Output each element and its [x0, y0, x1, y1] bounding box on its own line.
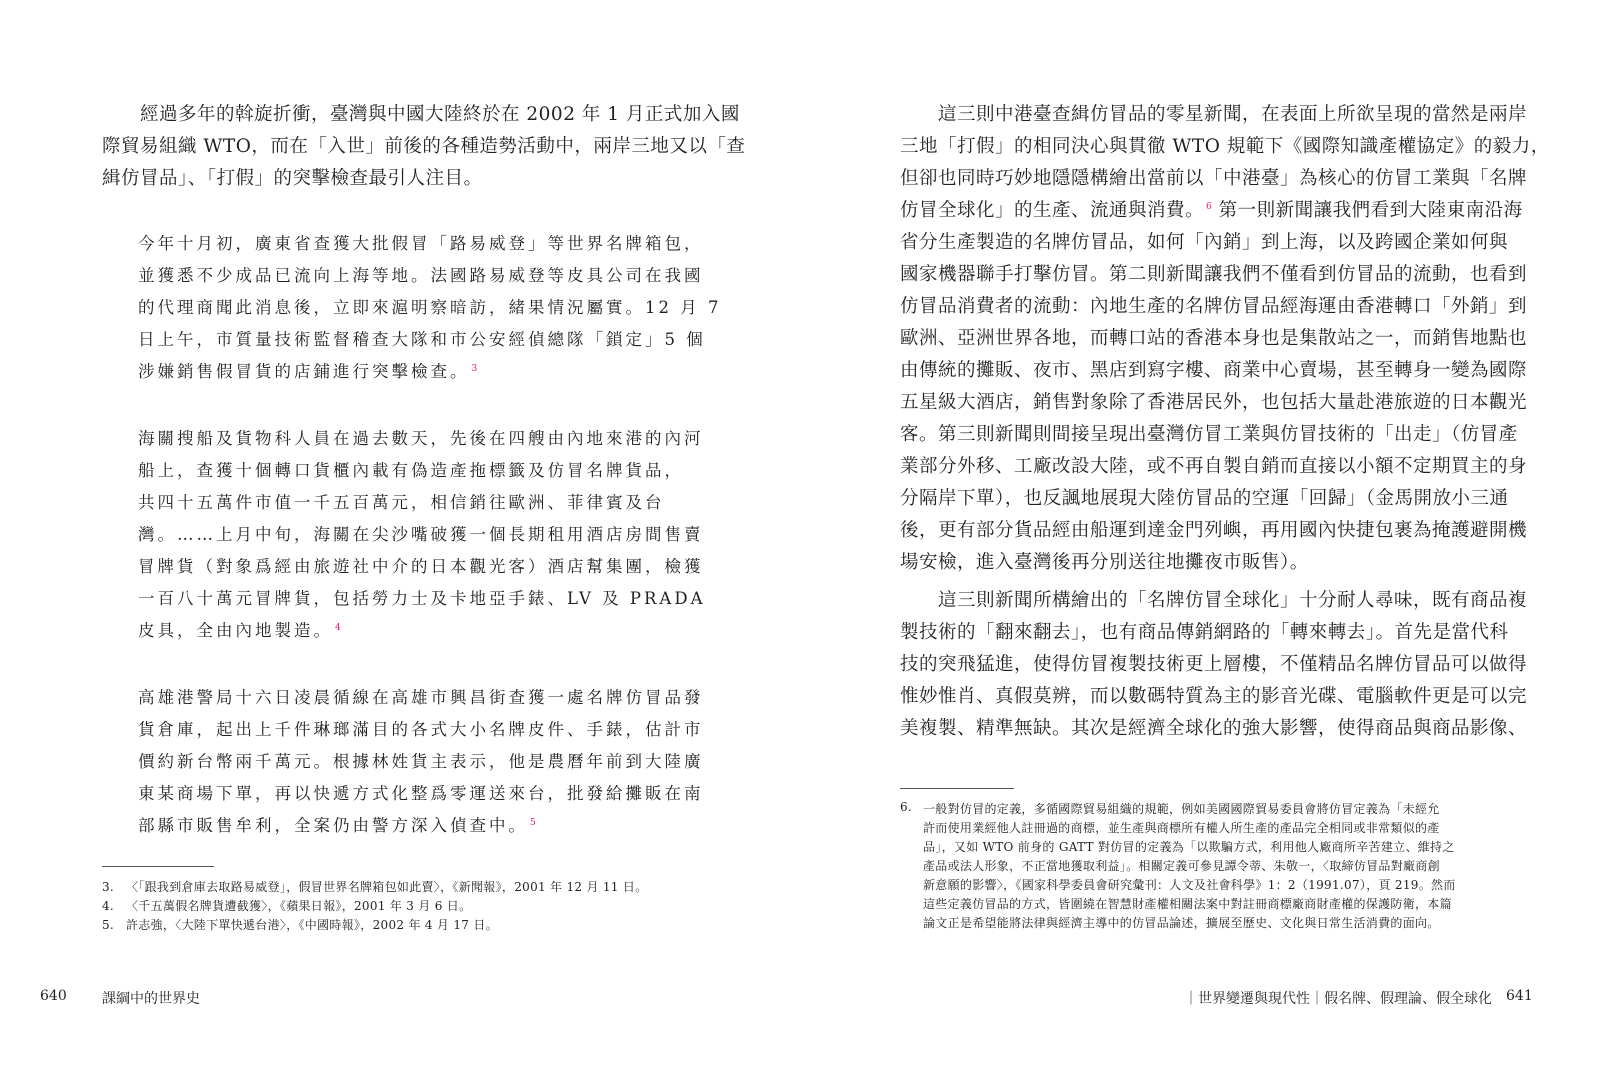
quote-line: 並獲悉不少成品已流向上海等地。法國路易威登等皮具公司在我國 [138, 262, 704, 286]
quote-text: 部縣市販售牟利，全案仍由警方深入偵查中。 [138, 816, 528, 835]
text-line: 省分生產製造的名牌仿冒品，如何「內銷」到上海，以及跨國企業如何與 [900, 228, 1508, 254]
quote-text: 皮具，全由內地製造。 [138, 621, 333, 640]
footnote-marker-4[interactable]: 4 [335, 623, 344, 633]
text-line: 五星級大酒店，銷售對象除了香港居民外，也包括大量赴港旅遊的日本觀光 [900, 388, 1527, 414]
text-line: 際貿易組織 WTO，而在「入世」前後的各種造勢活動中，兩岸三地又以「查 [102, 132, 745, 158]
footnote-divider [102, 866, 214, 867]
quote-line: 船上，查獲十個轉口貨櫃內載有偽造產拖標籤及仿冒名牌貨品， [138, 457, 684, 481]
footnote-marker-3[interactable]: 3 [472, 364, 481, 374]
footnote-number: 6. [900, 800, 912, 814]
footnote-line: 一般對仿冒的定義，多循國際貿易組織的規範，例如美國國際貿易委員會將仿冒定義為「未… [923, 800, 1440, 817]
quote-line: 貨倉庫，起出上千件琳瑯滿目的各式大小名牌皮件、手錶，估計市 [138, 716, 704, 740]
quote-line: 日上午，市質量技術監督稽查大隊和市公安經偵總隊「鎖定」5 個 [138, 326, 706, 350]
text-line: 緝仿冒品」、「打假」的突擊檢查最引人注目。 [102, 164, 483, 190]
quote-line: 高雄港警局十六日凌晨循線在高雄市興昌街查獲一處名牌仿冒品發 [138, 684, 704, 708]
quote-line: 價約新台幣兩千萬元。根據林姓貨主表示，他是農曆年前到大陸廣 [138, 748, 704, 772]
footnote-4: 4.〈千五萬假名牌貨遭截獲〉，《蘋果日報》，2001 年 3 月 6 日。 [102, 897, 471, 914]
footnote-line: 論文正是希望能將法律與經濟主導中的仿冒品論述，擴展至歷史、文化與日常生活消費的面… [923, 914, 1440, 931]
text-line: 仿冒品消費者的流動：內地生產的名牌仿冒品經海運由香港轉口「外銷」到 [900, 292, 1527, 318]
quote-line: 的代理商聞此消息後，立即來滬明察暗訪，緒果情況屬實。12 月 7 [138, 294, 721, 318]
footnote-3: 3.〈「跟我到倉庫去取路易威登」，假冒世界名牌箱包如此賣〉，《新聞報》，2001… [102, 878, 647, 895]
text-line: 製技術的「翻來翻去」，也有商品傳銷網路的「轉來轉去」。首先是當代科 [900, 618, 1509, 644]
quote-line: 部縣市販售牟利，全案仍由警方深入偵查中。5 [138, 812, 539, 836]
footnote-line: 產品或法人形象，不正當地獲取利益」。相關定義可參見譚令蒂、朱敬一，〈取締仿冒品對… [923, 857, 1440, 874]
quote-line: 皮具，全由內地製造。4 [138, 617, 344, 641]
footnote-divider [900, 788, 1014, 789]
footnote-line: 新意願的影響〉，《國家科學委員會研究彙刊：人文及社會科學》1：2（1991.07… [923, 876, 1456, 893]
text-line: 由傳統的攤販、夜市、黑店到寫字樓、商業中心賣場，甚至轉身一變為國際 [900, 356, 1527, 382]
footnote-line: 許而使用業經他人註冊過的商標，並生產與商標所有權人所生產的產品完全相同或非常類似… [923, 819, 1440, 836]
running-head: ｜世界變遷與現代性｜假名牌、假理論、假全球化 [1184, 988, 1492, 1008]
quote-text: 涉嫌銷售假冒貨的店鋪進行突擊檢查。 [138, 362, 470, 381]
right-page: 這三則中港臺查緝仿冒品的零星新聞，在表面上所欲呈現的當然是兩岸 三地「打假」的相… [800, 0, 1600, 1082]
text-line: 惟妙惟肖、真假莫辨，而以數碼特質為主的影音光碟、電腦軟件更是可以完 [900, 682, 1527, 708]
quote-line: 共四十五萬件市值一千五百萬元，相信銷往歐洲、菲律賓及台 [138, 489, 665, 513]
footnote-line: 品」，又如 WTO 前身的 GATT 對仿冒的定義為「以欺騙方式，利用他人廠商所… [923, 838, 1455, 855]
running-head: 課綱中的世界史 [102, 988, 200, 1008]
text-line: 這三則中港臺查緝仿冒品的零星新聞，在表面上所欲呈現的當然是兩岸 [900, 100, 1527, 126]
quote-line: 冒牌貨（對象爲經由旅遊社中介的日本觀光客）酒店幫集團，檢獲 [138, 553, 704, 577]
text-line: 客。第三則新聞則間接呈現出臺灣仿冒工業與仿冒技術的「出走」（仿冒產 [900, 420, 1518, 446]
page-number: 641 [1506, 988, 1533, 1004]
quote-line: 灣。……上月中旬，海關在尖沙嘴破獲一個長期租用酒店房間售賣 [138, 521, 704, 545]
quote-line: 海關搜船及貨物科人員在過去數天，先後在四艘由內地來港的內河 [138, 425, 704, 449]
text-line: 三地「打假」的相同決心與貫徹 WTO 規範下《國際知識產權協定》的毅力， [900, 132, 1550, 158]
text-line: 後，更有部分貨品經由船運到達金門列嶼，再用國內快捷包裹為掩護避開機 [900, 516, 1527, 542]
quote-line: 涉嫌銷售假冒貨的店鋪進行突擊檢查。3 [138, 358, 480, 382]
text-line: 技的突飛猛進，使得仿冒複製技術更上層樓，不僅精品名牌仿冒品可以做得 [900, 650, 1527, 676]
text-line: 仿冒全球化」的生產、流通與消費。6 第一則新聞讓我們看到大陸東南沿海 [900, 196, 1523, 222]
text-line: 歐洲、亞洲世界各地，而轉口站的香港本身也是集散站之一，而銷售地點也 [900, 324, 1527, 350]
quote-line: 今年十月初，廣東省查獲大批假冒「路易威登」等世界名牌箱包， [138, 230, 704, 254]
text-line: 場安檢，進入臺灣後再分別送往地攤夜市販售）。 [900, 548, 1309, 574]
quote-line: 東某商場下單，再以快遞方式化整爲零運送來台，批發給攤販在南 [138, 780, 704, 804]
text-line: 分隔岸下單），也反諷地展現大陸仿冒品的空運「回歸」（金馬開放小三通 [900, 484, 1509, 510]
left-page: 經過多年的斡旋折衝，臺灣與中國大陸終於在 2002 年 1 月正式加入國 際貿易… [0, 0, 800, 1082]
text-line: 經過多年的斡旋折衝，臺灣與中國大陸終於在 2002 年 1 月正式加入國 [102, 100, 740, 126]
footnote-marker-5[interactable]: 5 [530, 818, 539, 828]
text-line: 但卻也同時巧妙地隱隱構繪出當前以「中港臺」為核心的仿冒工業與「名牌 [900, 164, 1527, 190]
footnote-5: 5.許志強，〈大陸下單快遞台港〉，《中國時報》，2002 年 4 月 17 日。 [102, 916, 498, 933]
text-line: 國家機器聯手打擊仿冒。第二則新聞讓我們不僅看到仿冒品的流動，也看到 [900, 260, 1527, 286]
footnote-line: 這些定義仿冒品的方式，皆圍繞在智慧財產權相關法案中對註冊商標廠商財產權的保護防衛… [923, 895, 1452, 912]
text-line: 這三則新聞所構繪出的「名牌仿冒全球化」十分耐人尋味，既有商品複 [900, 586, 1527, 612]
text-line: 美複製、精準無缺。其次是經濟全球化的強大影響，使得商品與商品影像、 [900, 714, 1527, 740]
page-number: 640 [40, 988, 67, 1004]
quote-line: 一百八十萬元冒牌貨，包括勞力士及卡地亞手錶、LV 及 PRADA [138, 585, 706, 609]
text-line: 業部分外移、工廠改設大陸，或不再自製自銷而直接以小額不定期買主的身 [900, 452, 1527, 478]
